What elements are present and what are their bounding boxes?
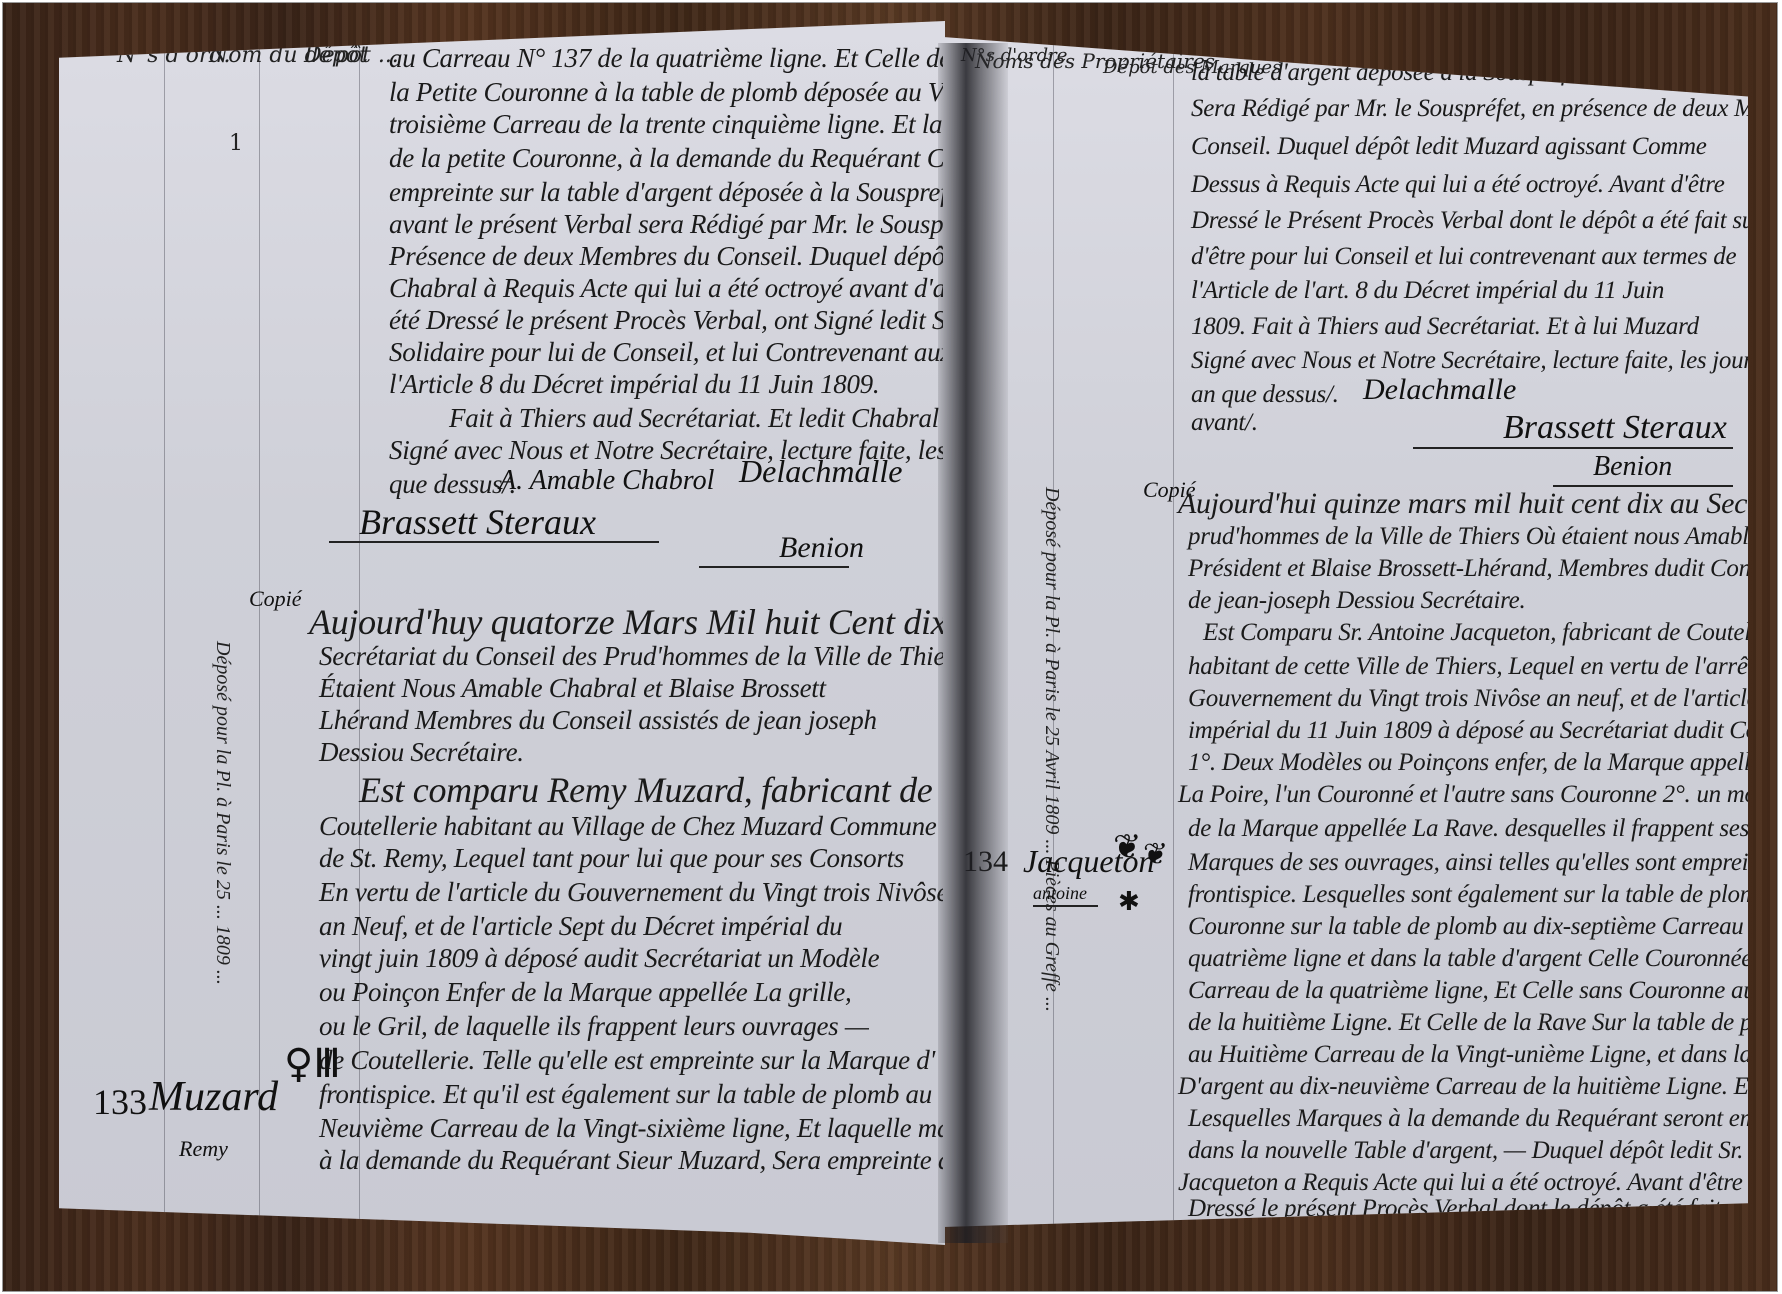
- text-line: la Petite Couronne à la table de plomb d…: [389, 77, 945, 108]
- text-line: Étaient Nous Amable Chabral et Blaise Br…: [319, 673, 826, 704]
- text-line: d'être pour lui Conseil et lui contreven…: [1191, 243, 1736, 271]
- text-line: 1809. Fait à Thiers aud Secrétariat. Et …: [1191, 313, 1699, 341]
- entry-name: Muzard: [149, 1073, 278, 1121]
- text-line: Couronne sur la table de plomb au dix-se…: [1188, 913, 1748, 941]
- text-line: D'argent au dix-neuvième Carreau de la h…: [1178, 1073, 1748, 1101]
- text-line: au Huitième Carreau de la Vingt-unième L…: [1188, 1041, 1748, 1069]
- text-line: La Poire, l'un Couronné et l'autre sans …: [1178, 781, 1748, 809]
- text-line: empreinte sur la table d'argent déposée …: [389, 177, 945, 208]
- signature: Delachmalle: [739, 453, 903, 490]
- text-line: Est Comparu Sr. Antoine Jacqueton, fabri…: [1203, 619, 1748, 647]
- text-line: Dressé le Présent Procès Verbal dont le …: [1191, 207, 1748, 235]
- margin-number: 1: [229, 131, 243, 156]
- text-line: avant le présent Verbal sera Rédigé par …: [389, 209, 945, 240]
- text-line: été Dressé le présent Procès Verbal, ont…: [389, 305, 945, 336]
- right-page: N°s d'ordre Noms des Propriétaires Dépôt…: [943, 37, 1748, 1227]
- trademark-grill-icon: ♀Ⅲ: [284, 1041, 341, 1087]
- signature: A. Amable Chabrol: [499, 465, 714, 497]
- text-line: Gouvernement du Vingt trois Nivôse an ne…: [1188, 685, 1748, 713]
- entry-first-name: antoine: [1033, 883, 1087, 904]
- text-line: de la Marque appellée La Rave. desquelle…: [1188, 815, 1748, 843]
- text-line: Secrétariat du Conseil des Prud'hommes d…: [319, 641, 945, 672]
- signature-flourish: [699, 566, 849, 568]
- trademark-pear-crowned-icon: ❦: [1113, 827, 1142, 867]
- text-line: l'Article de l'art. 8 du Décret impérial…: [1191, 277, 1664, 305]
- text-line: vingt juin 1809 à déposé audit Secrétari…: [319, 943, 879, 974]
- text-line: quatrième ligne et dans la table d'argen…: [1188, 945, 1748, 973]
- text-line: Président et Blaise Brossett-Lhérand, Me…: [1188, 555, 1748, 583]
- text-line: Conseil. Duquel dépôt ledit Muzard agiss…: [1191, 133, 1707, 161]
- signature: Brassett Steraux: [1503, 409, 1727, 447]
- text-line: ou Poinçon Enfer de la Marque appellée L…: [319, 977, 851, 1008]
- trademark-turnip-icon: ✱: [1118, 887, 1140, 917]
- entry-first-name: Remy: [179, 1136, 228, 1162]
- signature: Brassett Steraux: [359, 501, 596, 543]
- text-line: de Coutellerie. Telle qu'elle est emprei…: [319, 1045, 935, 1076]
- text-line: Sera Rédigé par Mr. le Souspréfet, en pr…: [1191, 95, 1748, 123]
- text-line: que dessus/.: [389, 469, 516, 500]
- text-line: avant/.: [1191, 409, 1258, 437]
- text-line: Jacqueton a Requis Acte qui lui a été oc…: [1178, 1169, 1743, 1197]
- text-line: Fait à Thiers aud Secrétariat. Et ledit …: [449, 403, 939, 434]
- photo-frame: N°s d'ord. Nom du dépôt Dépôt ... 1 au C…: [2, 2, 1778, 1292]
- text-line: Carreau de la quatrième ligne, Et Celle …: [1188, 977, 1748, 1005]
- signature: Benion: [1593, 451, 1672, 483]
- vertical-margin-note: Déposé pour la Pl. à Paris le 25 ... 180…: [211, 641, 234, 985]
- text-line: Solidaire pour lui de Conseil, et lui Co…: [389, 337, 945, 368]
- text-line: Dessiou Secrétaire.: [319, 737, 524, 768]
- entry-number: 133: [93, 1081, 147, 1123]
- text-line: troisième Carreau de la trente cinquième…: [389, 109, 945, 140]
- text-line: l'Article 8 du Décret impérial du 11 Jui…: [389, 369, 879, 400]
- text-line: à la demande du Requérant Sieur Muzard, …: [319, 1145, 945, 1176]
- column-rule: [259, 41, 260, 1241]
- text-line: de la petite Couronne, à la demande du R…: [389, 143, 945, 174]
- signature-flourish: [329, 541, 659, 543]
- column-rule: [1173, 37, 1174, 1227]
- text-line: ou le Gril, de laquelle ils frappent leu…: [319, 1011, 869, 1042]
- text-line: 1°. Deux Modèles ou Poinçons enfer, de l…: [1188, 749, 1748, 777]
- text-line: dans la nouvelle Table d'argent, — Duque…: [1188, 1137, 1743, 1165]
- text-line: Aujourd'hui quinze mars mil huit cent di…: [1178, 487, 1748, 521]
- text-line: Coutellerie habitant au Village de Chez …: [319, 811, 936, 842]
- text-line: habitant de cette Ville de Thiers, Leque…: [1188, 653, 1748, 681]
- text-line: Dessus à Requis Acte qui lui a été octro…: [1191, 171, 1725, 199]
- book-gutter: [938, 43, 1008, 1243]
- text-line: Présence de deux Membres du Conseil. Duq…: [389, 241, 945, 272]
- text-line: Lhérand Membres du Conseil assistés de j…: [319, 705, 877, 736]
- text-line: de jean-joseph Dessiou Secrétaire.: [1188, 587, 1525, 615]
- text-line: au Carreau N° 137 de la quatrième ligne.…: [389, 43, 945, 74]
- text-line: Aujourd'huy quatorze Mars Mil huit Cent …: [309, 601, 945, 643]
- text-line: frontispice. Lesquelles sont également s…: [1188, 881, 1748, 909]
- text-line: Neuvième Carreau de la Vingt-sixième lig…: [319, 1113, 945, 1144]
- signature: Delachmalle: [1363, 373, 1516, 407]
- text-line: Marques de ses ouvrages, ainsi telles qu…: [1188, 849, 1748, 877]
- name-underline: [1033, 905, 1098, 907]
- text-line: En vertu de l'article du Gouvernement du…: [319, 877, 945, 908]
- text-line: an Neuf, et de l'article Sept du Décret …: [319, 911, 842, 942]
- text-line: Signé avec Nous et Notre Secrétaire, lec…: [1191, 347, 1748, 375]
- text-line: impérial du 11 Juin 1809 à déposé au Sec…: [1188, 717, 1748, 745]
- column-rule: [164, 41, 165, 1241]
- trademark-pear-icon: ❦: [1143, 837, 1168, 872]
- copie-note: Copié: [249, 586, 302, 612]
- text-line: frontispice. Et qu'il est également sur …: [319, 1079, 932, 1110]
- text-line: de la huitième Ligne. Et Celle de la Rav…: [1188, 1009, 1748, 1037]
- signature: Benion: [779, 531, 864, 565]
- text-line: prud'hommes de la Ville de Thiers Où éta…: [1188, 523, 1748, 551]
- vertical-margin-note: Déposé pour la Pl. à Paris le 25 Avril 1…: [1040, 487, 1063, 1012]
- text-line: Lesquelles Marques à la demande du Requé…: [1188, 1105, 1748, 1133]
- text-line: an que dessus/.: [1191, 381, 1339, 409]
- text-line: Est comparu Remy Muzard, fabricant de: [359, 769, 932, 811]
- text-line: de St. Remy, Lequel tant pour lui que po…: [319, 843, 904, 874]
- signature-flourish: [1413, 447, 1733, 449]
- left-page: N°s d'ord. Nom du dépôt Dépôt ... 1 au C…: [59, 21, 945, 1245]
- text-line: Chabral à Requis Acte qui lui a été octr…: [389, 273, 945, 304]
